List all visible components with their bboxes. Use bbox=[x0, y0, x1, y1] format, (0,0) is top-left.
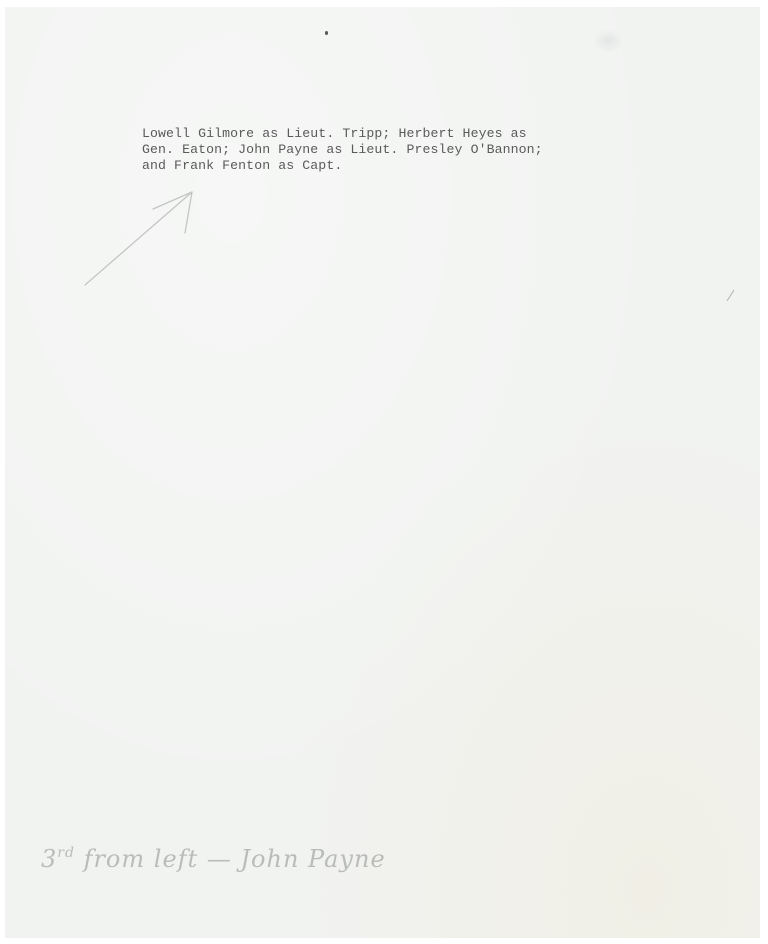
document-page: Lowell Gilmore as Lieut. Tripp; Herbert … bbox=[5, 7, 760, 938]
annotation-ordinal: 3 bbox=[41, 845, 57, 873]
ink-speck bbox=[325, 31, 328, 35]
pencil-stroke-mark bbox=[725, 287, 737, 303]
pencil-arrow-icon bbox=[65, 177, 225, 297]
caption-line: Gen. Eaton; John Payne as Lieut. Presley… bbox=[142, 142, 543, 158]
paper-dent bbox=[593, 29, 623, 53]
caption-line: and Frank Fenton as Capt. bbox=[142, 158, 543, 174]
pencil-annotation: 3rd from left — John Payne bbox=[41, 845, 386, 873]
typed-caption: Lowell Gilmore as Lieut. Tripp; Herbert … bbox=[142, 126, 543, 174]
caption-line: Lowell Gilmore as Lieut. Tripp; Herbert … bbox=[142, 126, 543, 142]
annotation-text: from left — John Payne bbox=[84, 845, 386, 873]
annotation-ordinal-suffix: rd bbox=[57, 845, 75, 861]
